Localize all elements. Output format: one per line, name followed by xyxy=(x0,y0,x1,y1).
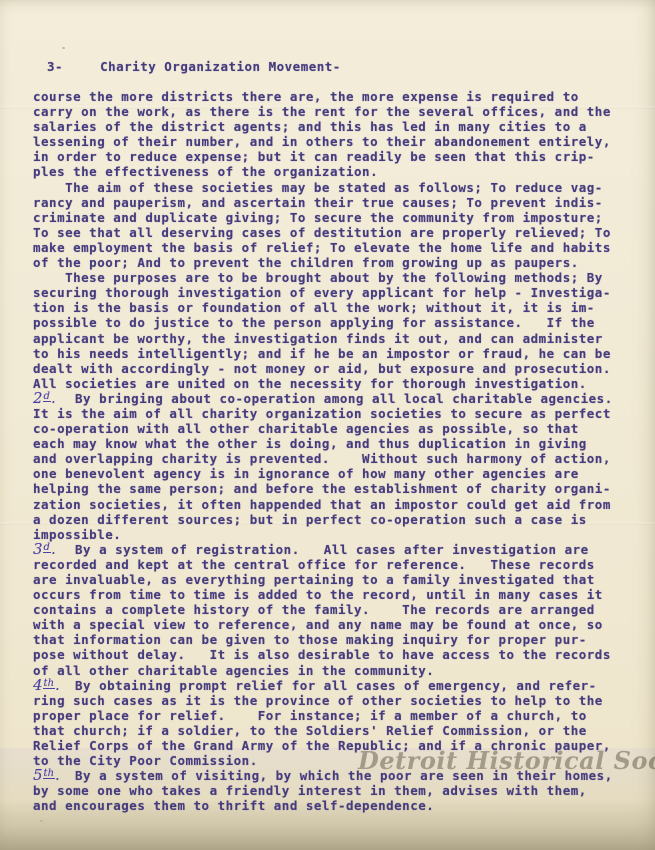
typewritten-text: course the more districts there are, the… xyxy=(33,89,579,104)
item-number-digit: 3 xyxy=(33,540,43,558)
text-line: ples the effectiveness of the organizati… xyxy=(33,164,633,179)
typewritten-text: by some one who takes a friendly interes… xyxy=(33,783,587,798)
handwritten-item-number: 2d. xyxy=(33,391,75,406)
handwritten-item-number: 5th. xyxy=(33,768,75,783)
text-line: in order to reduce expense; but it can r… xyxy=(33,149,633,164)
text-line: 2d.By bringing about co-operation among … xyxy=(33,391,633,406)
item-number-ordinal-suffix: th xyxy=(43,679,55,689)
page-number: 3- xyxy=(47,59,63,74)
typewritten-text: helping the same person; and before the … xyxy=(33,481,611,496)
typewritten-text: ring such cases as it is the province of… xyxy=(33,693,603,708)
typewritten-text: By a system of registration. All cases a… xyxy=(75,542,589,557)
typewritten-text: each may know what the other is doing, a… xyxy=(33,436,587,451)
typewritten-text: and overlapping charity is prevented. Wi… xyxy=(33,451,611,466)
text-line: are invaluable, as everything pertaining… xyxy=(33,572,633,587)
text-line: of the poor; And to prevent the children… xyxy=(33,255,633,270)
text-line: The aim of these societies may be stated… xyxy=(33,180,633,195)
text-line: to his needs intelligently; and if he be… xyxy=(33,346,633,361)
typewritten-text: It is the aim of all charity organizatio… xyxy=(33,406,611,421)
typewritten-text: proper place for relief. For instance; i… xyxy=(33,708,587,723)
typewritten-text: co-operation with all other charitable a… xyxy=(33,421,579,436)
text-line: applicant be worthy, the investigation f… xyxy=(33,331,633,346)
text-line: lessening of their number, and in others… xyxy=(33,134,633,149)
text-line: To see that all deserving cases of desti… xyxy=(33,225,633,240)
item-number-punct: . xyxy=(55,766,60,784)
typewritten-text: securing thorough investigation of every… xyxy=(33,285,611,300)
typewritten-text: that information can be given to those m… xyxy=(33,632,587,647)
text-line: occurs from time to time is added to the… xyxy=(33,587,633,602)
typewritten-text: make employment the basis of relief; To … xyxy=(33,240,611,255)
text-line: zation societies, it often happended tha… xyxy=(33,497,633,512)
text-line: one benevolent agency is in ignorance of… xyxy=(33,466,633,481)
typewritten-text: By bringing about co-operation among all… xyxy=(75,391,613,406)
text-line: possible to do justice to the person app… xyxy=(33,315,633,330)
item-number-punct: . xyxy=(55,676,60,694)
item-number-ordinal-suffix: d xyxy=(43,392,51,402)
typewritten-text: occurs from time to time is added to the… xyxy=(33,587,603,602)
text-line: helping the same person; and before the … xyxy=(33,481,633,496)
paper-speck xyxy=(40,820,43,822)
text-line: proper place for relief. For instance; i… xyxy=(33,708,633,723)
text-line: to the City Poor Commission. xyxy=(33,753,633,768)
paper-speck xyxy=(62,47,65,49)
typewritten-text: are invaluable, as everything pertaining… xyxy=(33,572,595,587)
typewritten-text: to the City Poor Commission. xyxy=(33,753,258,768)
text-line: and overlapping charity is prevented. Wi… xyxy=(33,451,633,466)
text-line: co-operation with all other charitable a… xyxy=(33,421,633,436)
text-line: contains a complete history of the famil… xyxy=(33,602,633,617)
text-line: and encourages them to thrift and self-d… xyxy=(33,798,633,813)
text-line: salaries of the district agents; and thi… xyxy=(33,119,633,134)
typewritten-text: The aim of these societies may be stated… xyxy=(33,180,603,195)
typewritten-text: a dozen different sources; but in perfec… xyxy=(33,512,587,527)
typewritten-text: dealt with accordingly - not money or ai… xyxy=(33,361,611,376)
typewritten-text: tion is the basis or foundation of all t… xyxy=(33,300,595,315)
text-line: rancy and pauperism, and ascertain their… xyxy=(33,195,633,210)
text-line: 4th.By obtaining prompt relief for all c… xyxy=(33,678,633,693)
text-line: by some one who takes a friendly interes… xyxy=(33,783,633,798)
document-body: course the more districts there are, the… xyxy=(33,89,633,814)
typewritten-text: of all other charitable agencies in the … xyxy=(33,663,434,678)
item-number-ordinal-suffix: d xyxy=(43,543,51,553)
typewritten-text: ples the effectiveness of the organizati… xyxy=(33,164,378,179)
item-number-digit: 5 xyxy=(33,766,43,784)
typewritten-text: Relief Corps of the Grand Army of the Re… xyxy=(33,738,611,753)
text-line: make employment the basis of relief; To … xyxy=(33,240,633,255)
handwritten-item-number: 4th. xyxy=(33,678,75,693)
text-line: ring such cases as it is the province of… xyxy=(33,693,633,708)
text-line: These purposes are to be brought about b… xyxy=(33,270,633,285)
typewritten-text: All societies are united on the necessit… xyxy=(33,376,587,391)
typewritten-text: possible to do justice to the person app… xyxy=(33,315,595,330)
typewritten-text: These purposes are to be brought about b… xyxy=(33,270,603,285)
typewritten-text: criminate and duplicate giving; To secur… xyxy=(33,210,603,225)
text-line: securing thorough investigation of every… xyxy=(33,285,633,300)
text-line: All societies are united on the necessit… xyxy=(33,376,633,391)
typewritten-text: By a system of visiting, by which the po… xyxy=(75,768,613,783)
handwritten-item-number: 3d. xyxy=(33,542,75,557)
text-line: 3d.By a system of registration. All case… xyxy=(33,542,633,557)
document-title: Charity Organization Movement- xyxy=(100,59,341,74)
typewritten-text: By obtaining prompt relief for all cases… xyxy=(75,678,597,693)
text-line: dealt with accordingly - not money or ai… xyxy=(33,361,633,376)
item-number-ordinal-suffix: th xyxy=(43,769,55,779)
document-header: 3-Charity Organization Movement- xyxy=(47,59,341,75)
typewritten-text: with a special view to reference, and an… xyxy=(33,617,603,632)
typewritten-text: recorded and kept at the central office … xyxy=(33,557,595,572)
item-number-punct: . xyxy=(51,540,56,558)
typewritten-text: rancy and pauperism, and ascertain their… xyxy=(33,195,603,210)
document-page: 3-Charity Organization Movement- course … xyxy=(0,0,655,850)
typewritten-text: impossible. xyxy=(33,527,121,542)
text-line: impossible. xyxy=(33,527,633,542)
text-line: that information can be given to those m… xyxy=(33,632,633,647)
item-number-digit: 4 xyxy=(33,676,43,694)
text-line: recorded and kept at the central office … xyxy=(33,557,633,572)
text-line: It is the aim of all charity organizatio… xyxy=(33,406,633,421)
typewritten-text: zation societies, it often happended tha… xyxy=(33,497,611,512)
item-number-punct: . xyxy=(51,389,56,407)
text-line: pose without delay. It is also desirable… xyxy=(33,647,633,662)
text-line: each may know what the other is doing, a… xyxy=(33,436,633,451)
text-line: criminate and duplicate giving; To secur… xyxy=(33,210,633,225)
typewritten-text: applicant be worthy, the investigation f… xyxy=(33,331,603,346)
typewritten-text: that church; if a soldier, to the Soldie… xyxy=(33,723,587,738)
typewritten-text: one benevolent agency is in ignorance of… xyxy=(33,466,579,481)
typewritten-text: lessening of their number, and in others… xyxy=(33,134,611,149)
text-line: that church; if a soldier, to the Soldie… xyxy=(33,723,633,738)
typewritten-text: To see that all deserving cases of desti… xyxy=(33,225,611,240)
typewritten-text: salaries of the district agents; and thi… xyxy=(33,119,587,134)
text-line: course the more districts there are, the… xyxy=(33,89,633,104)
typewritten-text: and encourages them to thrift and self-d… xyxy=(33,798,434,813)
typewritten-text: to his needs intelligently; and if he be… xyxy=(33,346,611,361)
text-line: 5th.By a system of visiting, by which th… xyxy=(33,768,633,783)
typewritten-text: pose without delay. It is also desirable… xyxy=(33,647,611,662)
text-line: a dozen different sources; but in perfec… xyxy=(33,512,633,527)
item-number-digit: 2 xyxy=(33,389,43,407)
typewritten-text: in order to reduce expense; but it can r… xyxy=(33,149,595,164)
text-line: with a special view to reference, and an… xyxy=(33,617,633,632)
typewritten-text: of the poor; And to prevent the children… xyxy=(33,255,579,270)
text-line: tion is the basis or foundation of all t… xyxy=(33,300,633,315)
typewritten-text: carry on the work, as there is the rent … xyxy=(33,104,611,119)
typewritten-text: contains a complete history of the famil… xyxy=(33,602,595,617)
text-line: carry on the work, as there is the rent … xyxy=(33,104,633,119)
text-line: Relief Corps of the Grand Army of the Re… xyxy=(33,738,633,753)
text-line: of all other charitable agencies in the … xyxy=(33,663,633,678)
